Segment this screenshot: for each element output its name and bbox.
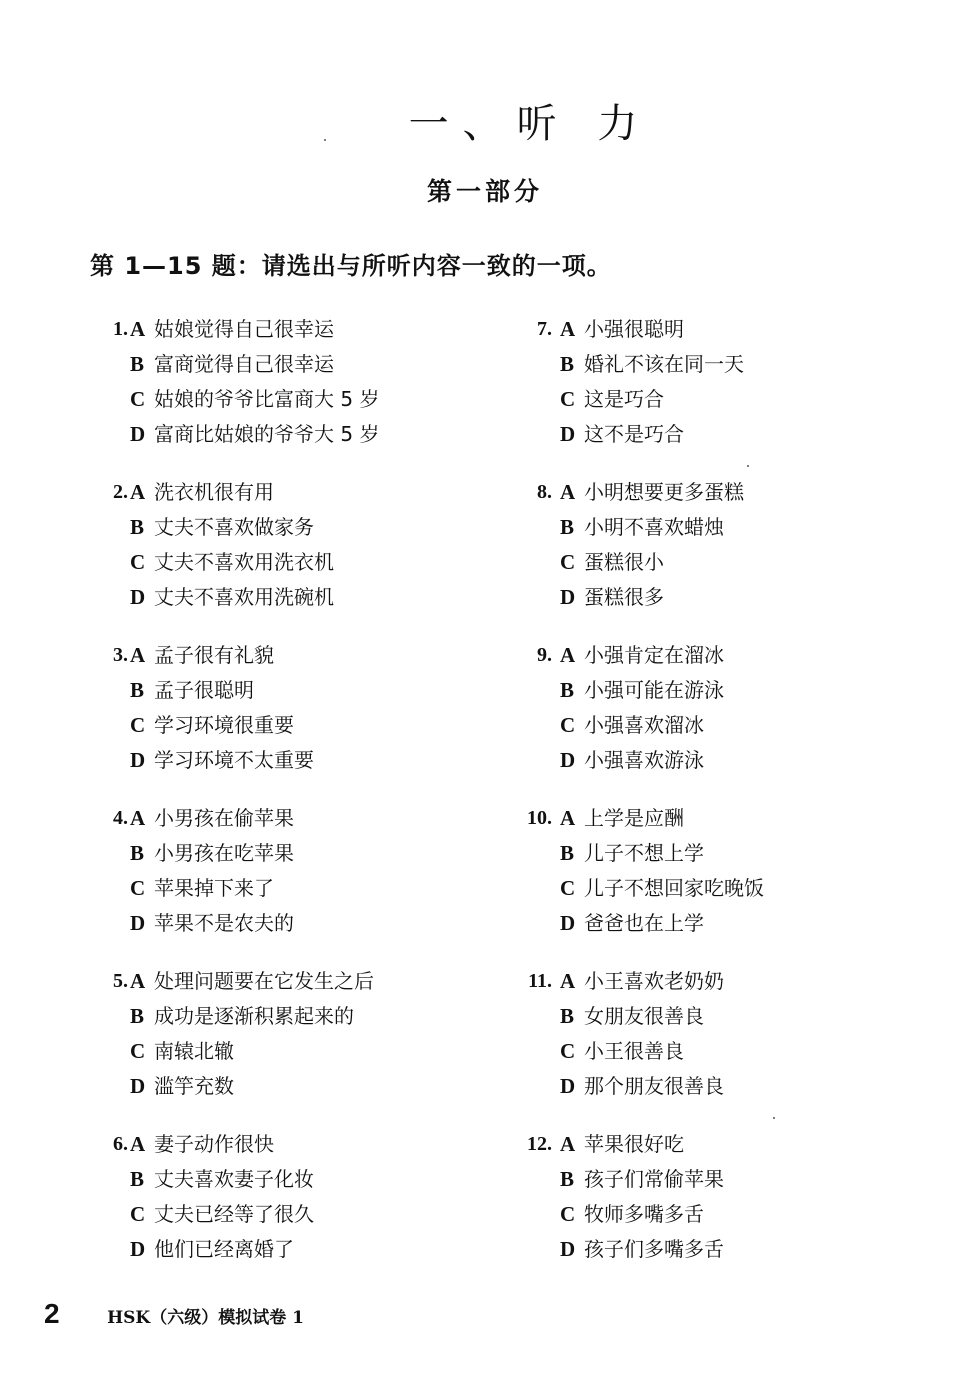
answer-option: C这是巧合	[560, 382, 744, 417]
option-text: 学习环境不太重要	[154, 748, 314, 772]
question-item: 2.A洗衣机很有用B丈夫不喜欢做家务C丈夫不喜欢用洗衣机D丈夫不喜欢用洗碗机	[92, 475, 472, 638]
answer-option: D丈夫不喜欢用洗碗机	[130, 580, 334, 615]
answer-option: A妻子动作很快	[130, 1127, 314, 1162]
option-text: 苹果很好吃	[584, 1132, 684, 1156]
option-text: 富商觉得自己很幸运	[154, 352, 334, 376]
option-text: 儿子不想回家吃晚饭	[584, 876, 764, 900]
question-item: 1.A姑娘觉得自己很幸运B富商觉得自己很幸运C姑娘的爷爷比富商大 5 岁D富商比…	[92, 312, 472, 475]
answer-option: C儿子不想回家吃晚饭	[560, 871, 764, 906]
question-number: 3.	[92, 638, 128, 673]
option-letter: A	[560, 964, 584, 999]
answer-options: A洗衣机很有用B丈夫不喜欢做家务C丈夫不喜欢用洗衣机D丈夫不喜欢用洗碗机	[130, 475, 334, 615]
option-text: 丈夫不喜欢做家务	[154, 515, 314, 539]
answer-option: A小强肯定在溜冰	[560, 638, 724, 673]
answer-option: A孟子很有礼貌	[130, 638, 314, 673]
answer-option: D这不是巧合	[560, 417, 744, 452]
answer-options: A小王喜欢老奶奶B女朋友很善良C小王很善良D那个朋友很善良	[560, 964, 724, 1104]
book-title: HSK（六级）模拟试卷 1	[107, 1308, 304, 1328]
option-text: 处理问题要在它发生之后	[154, 969, 374, 993]
option-letter: D	[560, 1069, 584, 1104]
option-letter: C	[560, 545, 584, 580]
option-letter: D	[130, 580, 154, 615]
question-number: 2.	[92, 475, 128, 510]
option-text: 这是巧合	[584, 387, 664, 411]
question-item: 7.A小强很聪明B婚礼不该在同一天C这是巧合D这不是巧合	[512, 312, 892, 475]
option-letter: C	[560, 382, 584, 417]
option-text: 小王喜欢老奶奶	[584, 969, 724, 993]
option-letter: B	[130, 673, 154, 708]
option-text: 孟子很有礼貌	[154, 643, 274, 667]
option-text: 孩子们常偷苹果	[584, 1167, 724, 1191]
answer-option: D苹果不是农夫的	[130, 906, 294, 941]
answer-option: A洗衣机很有用	[130, 475, 334, 510]
option-letter: A	[130, 638, 154, 673]
answer-option: D蛋糕很多	[560, 580, 744, 615]
answer-option: A姑娘觉得自己很幸运	[130, 312, 379, 347]
option-text: 成功是逐渐积累起来的	[154, 1004, 354, 1028]
answer-option: C丈夫已经等了很久	[130, 1197, 314, 1232]
option-letter: D	[560, 743, 584, 778]
option-text: 小男孩在吃苹果	[154, 841, 294, 865]
answer-options: A孟子很有礼貌B孟子很聪明C学习环境很重要D学习环境不太重要	[130, 638, 314, 778]
option-letter: D	[130, 1232, 154, 1267]
option-text: 蛋糕很多	[584, 585, 664, 609]
option-text: 婚礼不该在同一天	[584, 352, 744, 376]
question-number: 10.	[512, 801, 552, 836]
answer-option: D小强喜欢游泳	[560, 743, 724, 778]
option-letter: C	[130, 871, 154, 906]
option-letter: D	[130, 906, 154, 941]
option-text: 丈夫不喜欢用洗碗机	[154, 585, 334, 609]
option-text: 小强可能在游泳	[584, 678, 724, 702]
question-item: 10.A上学是应酬B儿子不想上学C儿子不想回家吃晚饭D爸爸也在上学	[512, 801, 892, 964]
answer-option: B婚礼不该在同一天	[560, 347, 744, 382]
question-item: 8.A小明想要更多蛋糕B小明不喜欢蜡烛C蛋糕很小D蛋糕很多	[512, 475, 892, 638]
option-letter: A	[560, 801, 584, 836]
option-letter: A	[560, 475, 584, 510]
answer-option: C学习环境很重要	[130, 708, 314, 743]
option-letter: B	[560, 1162, 584, 1197]
scan-speck	[324, 139, 326, 141]
question-number: 8.	[512, 475, 552, 510]
option-letter: A	[130, 312, 154, 347]
question-item: 9.A小强肯定在溜冰B小强可能在游泳C小强喜欢溜冰D小强喜欢游泳	[512, 638, 892, 801]
option-text: 小明不喜欢蜡烛	[584, 515, 724, 539]
question-number: 4.	[92, 801, 128, 836]
option-text: 小强肯定在溜冰	[584, 643, 724, 667]
question-number: 1.	[92, 312, 128, 347]
answer-options: A苹果很好吃B孩子们常偷苹果C牧师多嘴多舌D孩子们多嘴多舌	[560, 1127, 724, 1267]
option-letter: C	[130, 1034, 154, 1069]
answer-option: B小男孩在吃苹果	[130, 836, 294, 871]
question-number: 9.	[512, 638, 552, 673]
option-letter: B	[130, 836, 154, 871]
answer-option: B小强可能在游泳	[560, 673, 724, 708]
answer-options: A小强肯定在溜冰B小强可能在游泳C小强喜欢溜冰D小强喜欢游泳	[560, 638, 724, 778]
option-letter: A	[130, 964, 154, 999]
option-letter: A	[130, 801, 154, 836]
option-text: 那个朋友很善良	[584, 1074, 724, 1098]
answer-option: D爸爸也在上学	[560, 906, 764, 941]
option-text: 他们已经离婚了	[154, 1237, 294, 1261]
option-text: 小强喜欢游泳	[584, 748, 704, 772]
answer-option: C小王很善良	[560, 1034, 724, 1069]
option-letter: D	[560, 417, 584, 452]
answer-option: B小明不喜欢蜡烛	[560, 510, 744, 545]
answer-option: A小王喜欢老奶奶	[560, 964, 724, 999]
option-letter: A	[560, 638, 584, 673]
answer-options: A小强很聪明B婚礼不该在同一天C这是巧合D这不是巧合	[560, 312, 744, 452]
option-letter: B	[130, 1162, 154, 1197]
option-letter: C	[560, 1197, 584, 1232]
option-letter: A	[130, 475, 154, 510]
answer-option: B丈夫喜欢妻子化妆	[130, 1162, 314, 1197]
answer-option: C小强喜欢溜冰	[560, 708, 724, 743]
answer-option: A小男孩在偷苹果	[130, 801, 294, 836]
answer-option: D那个朋友很善良	[560, 1069, 724, 1104]
answer-options: A处理问题要在它发生之后B成功是逐渐积累起来的C南辕北辙D滥竽充数	[130, 964, 374, 1104]
answer-option: A小强很聪明	[560, 312, 744, 347]
option-letter: B	[130, 999, 154, 1034]
question-number: 6.	[92, 1127, 128, 1162]
option-letter: C	[130, 545, 154, 580]
option-letter: A	[560, 312, 584, 347]
answer-option: A苹果很好吃	[560, 1127, 724, 1162]
answer-option: D滥竽充数	[130, 1069, 374, 1104]
question-column-right: 7.A小强很聪明B婚礼不该在同一天C这是巧合D这不是巧合8.A小明想要更多蛋糕B…	[512, 312, 892, 1290]
question-number: 5.	[92, 964, 128, 999]
option-letter: A	[560, 1127, 584, 1162]
option-text: 南辕北辙	[154, 1039, 234, 1063]
answer-option: C南辕北辙	[130, 1034, 374, 1069]
option-text: 丈夫不喜欢用洗衣机	[154, 550, 334, 574]
answer-option: A上学是应酬	[560, 801, 764, 836]
option-text: 这不是巧合	[584, 422, 684, 446]
answer-option: C蛋糕很小	[560, 545, 744, 580]
option-letter: B	[560, 510, 584, 545]
answer-option: B孟子很聪明	[130, 673, 314, 708]
question-column-left: 1.A姑娘觉得自己很幸运B富商觉得自己很幸运C姑娘的爷爷比富商大 5 岁D富商比…	[92, 312, 472, 1290]
answer-option: C牧师多嘴多舌	[560, 1197, 724, 1232]
option-letter: D	[130, 1069, 154, 1104]
option-letter: D	[560, 906, 584, 941]
answer-options: A小明想要更多蛋糕B小明不喜欢蜡烛C蛋糕很小D蛋糕很多	[560, 475, 744, 615]
answer-option: D孩子们多嘴多舌	[560, 1232, 724, 1267]
answer-option: C丈夫不喜欢用洗衣机	[130, 545, 334, 580]
option-text: 丈夫喜欢妻子化妆	[154, 1167, 314, 1191]
option-text: 小强很聪明	[584, 317, 684, 341]
option-letter: D	[130, 743, 154, 778]
option-text: 爸爸也在上学	[584, 911, 704, 935]
option-letter: B	[560, 999, 584, 1034]
question-number: 11.	[512, 964, 552, 999]
option-text: 小王很善良	[584, 1039, 684, 1063]
option-text: 苹果不是农夫的	[154, 911, 294, 935]
instruction: 第 1—15 题：请选出与所听内容一致的一项。	[90, 246, 612, 286]
option-text: 牧师多嘴多舌	[584, 1202, 704, 1226]
option-text: 姑娘觉得自己很幸运	[154, 317, 334, 341]
answer-option: B丈夫不喜欢做家务	[130, 510, 334, 545]
option-text: 孟子很聪明	[154, 678, 254, 702]
option-letter: D	[560, 1232, 584, 1267]
option-letter: B	[560, 347, 584, 382]
answer-option: C姑娘的爷爷比富商大 5 岁	[130, 382, 379, 417]
option-text: 丈夫已经等了很久	[154, 1202, 314, 1226]
answer-option: B女朋友很善良	[560, 999, 724, 1034]
option-letter: C	[130, 382, 154, 417]
option-letter: C	[560, 1034, 584, 1069]
question-item: 3.A孟子很有礼貌B孟子很聪明C学习环境很重要D学习环境不太重要	[92, 638, 472, 801]
option-text: 苹果掉下来了	[154, 876, 274, 900]
option-letter: D	[560, 580, 584, 615]
answer-options: A姑娘觉得自己很幸运B富商觉得自己很幸运C姑娘的爷爷比富商大 5 岁D富商比姑娘…	[130, 312, 379, 452]
section-title: 第一部分	[0, 172, 960, 212]
option-text: 小明想要更多蛋糕	[584, 480, 744, 504]
option-letter: C	[560, 708, 584, 743]
question-item: 6.A妻子动作很快B丈夫喜欢妻子化妆C丈夫已经等了很久D他们已经离婚了	[92, 1127, 472, 1290]
answer-option: A处理问题要在它发生之后	[130, 964, 374, 999]
option-text: 女朋友很善良	[584, 1004, 704, 1028]
option-text: 富商比姑娘的爷爷大 5 岁	[154, 422, 379, 446]
option-letter: B	[560, 673, 584, 708]
question-item: 5.A处理问题要在它发生之后B成功是逐渐积累起来的C南辕北辙D滥竽充数	[92, 964, 472, 1127]
answer-options: A小男孩在偷苹果B小男孩在吃苹果C苹果掉下来了D苹果不是农夫的	[130, 801, 294, 941]
answer-option: B富商觉得自己很幸运	[130, 347, 379, 382]
answer-option: B孩子们常偷苹果	[560, 1162, 724, 1197]
option-text: 姑娘的爷爷比富商大 5 岁	[154, 387, 379, 411]
option-letter: B	[130, 347, 154, 382]
answer-option: B成功是逐渐积累起来的	[130, 999, 374, 1034]
answer-options: A上学是应酬B儿子不想上学C儿子不想回家吃晚饭D爸爸也在上学	[560, 801, 764, 941]
page-footer: 2 HSK（六级）模拟试卷 1	[44, 1296, 304, 1332]
option-letter: B	[560, 836, 584, 871]
answer-options: A妻子动作很快B丈夫喜欢妻子化妆C丈夫已经等了很久D他们已经离婚了	[130, 1127, 314, 1267]
question-number: 7.	[512, 312, 552, 347]
option-text: 上学是应酬	[584, 806, 684, 830]
option-text: 洗衣机很有用	[154, 480, 274, 504]
question-number: 12.	[512, 1127, 552, 1162]
option-letter: A	[130, 1127, 154, 1162]
answer-option: D富商比姑娘的爷爷大 5 岁	[130, 417, 379, 452]
option-text: 学习环境很重要	[154, 713, 294, 737]
answer-option: D学习环境不太重要	[130, 743, 314, 778]
option-text: 蛋糕很小	[584, 550, 664, 574]
question-item: 12.A苹果很好吃B孩子们常偷苹果C牧师多嘴多舌D孩子们多嘴多舌	[512, 1127, 892, 1290]
option-letter: B	[130, 510, 154, 545]
option-letter: C	[560, 871, 584, 906]
question-item: 11.A小王喜欢老奶奶B女朋友很善良C小王很善良D那个朋友很善良	[512, 964, 892, 1127]
option-letter: C	[130, 1197, 154, 1232]
answer-option: A小明想要更多蛋糕	[560, 475, 744, 510]
option-text: 小强喜欢溜冰	[584, 713, 704, 737]
option-text: 小男孩在偷苹果	[154, 806, 294, 830]
option-text: 妻子动作很快	[154, 1132, 274, 1156]
question-item: 4.A小男孩在偷苹果B小男孩在吃苹果C苹果掉下来了D苹果不是农夫的	[92, 801, 472, 964]
answer-option: B儿子不想上学	[560, 836, 764, 871]
answer-option: C苹果掉下来了	[130, 871, 294, 906]
option-text: 儿子不想上学	[584, 841, 704, 865]
option-letter: D	[130, 417, 154, 452]
page-title: 一、听 力	[0, 96, 960, 152]
option-text: 滥竽充数	[154, 1074, 234, 1098]
answer-option: D他们已经离婚了	[130, 1232, 314, 1267]
option-text: 孩子们多嘴多舌	[584, 1237, 724, 1261]
page-number: 2	[44, 1296, 102, 1332]
option-letter: C	[130, 708, 154, 743]
